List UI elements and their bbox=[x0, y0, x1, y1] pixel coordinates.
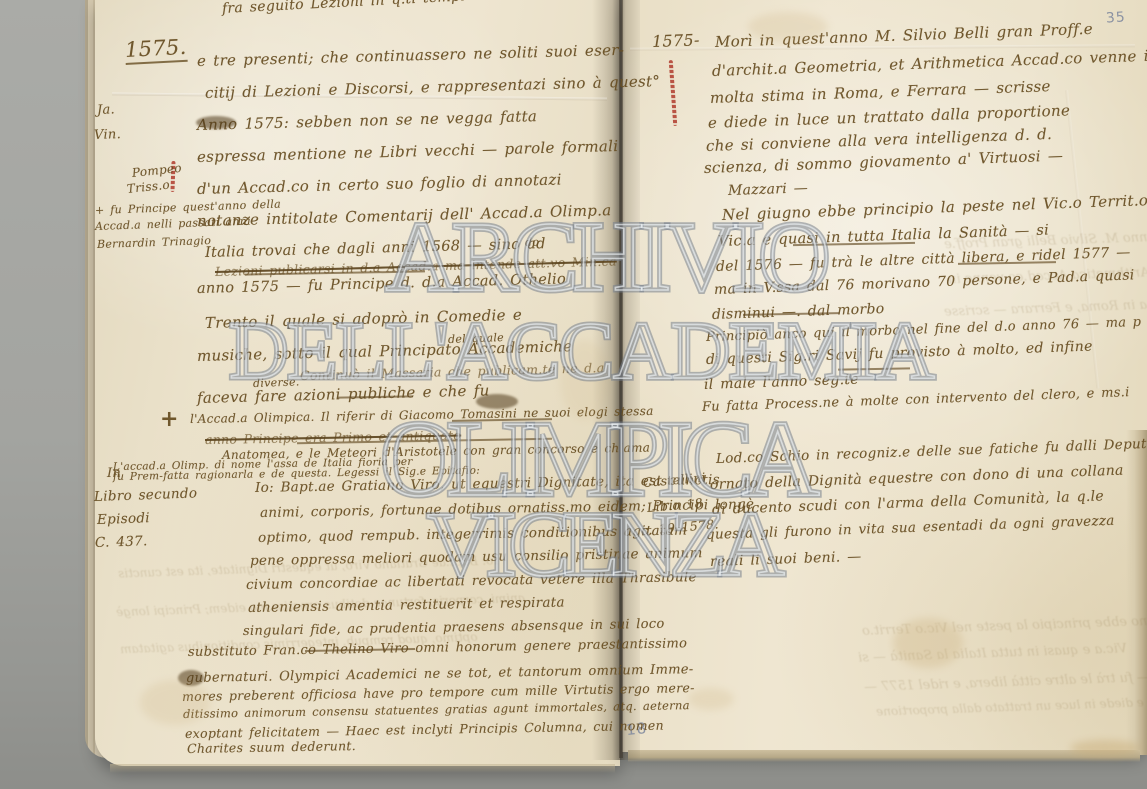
bottom-page-edge-left bbox=[110, 764, 615, 773]
bottom-page-edge-right bbox=[628, 750, 1140, 762]
stain bbox=[688, 688, 734, 710]
margin-note: Ja. bbox=[97, 102, 116, 118]
pencil-folio-number: 35 bbox=[1105, 9, 1126, 26]
interlinear-note: diverse. bbox=[253, 375, 300, 390]
year-label-right: 1575- bbox=[652, 30, 700, 51]
manuscript-scan: fra seguito Lezioni in q.ti tempi 1575. … bbox=[0, 0, 1147, 789]
manuscript-line: Mazzari — bbox=[728, 180, 809, 199]
manuscript-line-latin: Charites suum dederunt. bbox=[187, 738, 356, 756]
margin-note: Episodi bbox=[97, 510, 150, 528]
year-label-left: 1575. bbox=[124, 35, 187, 62]
ink-blot bbox=[196, 116, 236, 129]
stain bbox=[140, 680, 210, 725]
margin-note: C. 437. bbox=[95, 533, 148, 551]
ink-blot bbox=[476, 394, 518, 409]
stain bbox=[893, 618, 963, 668]
year-label-left-text: 1575. bbox=[124, 35, 187, 65]
margin-note: Vin. bbox=[94, 127, 122, 143]
interlinear-note: do bbox=[525, 236, 540, 249]
margin-note: + bbox=[160, 406, 179, 432]
stain bbox=[748, 12, 828, 42]
stain bbox=[560, 340, 610, 420]
margin-note: In bbox=[107, 466, 121, 481]
interlinear-note: del quale bbox=[448, 331, 504, 346]
stain bbox=[1070, 740, 1140, 756]
